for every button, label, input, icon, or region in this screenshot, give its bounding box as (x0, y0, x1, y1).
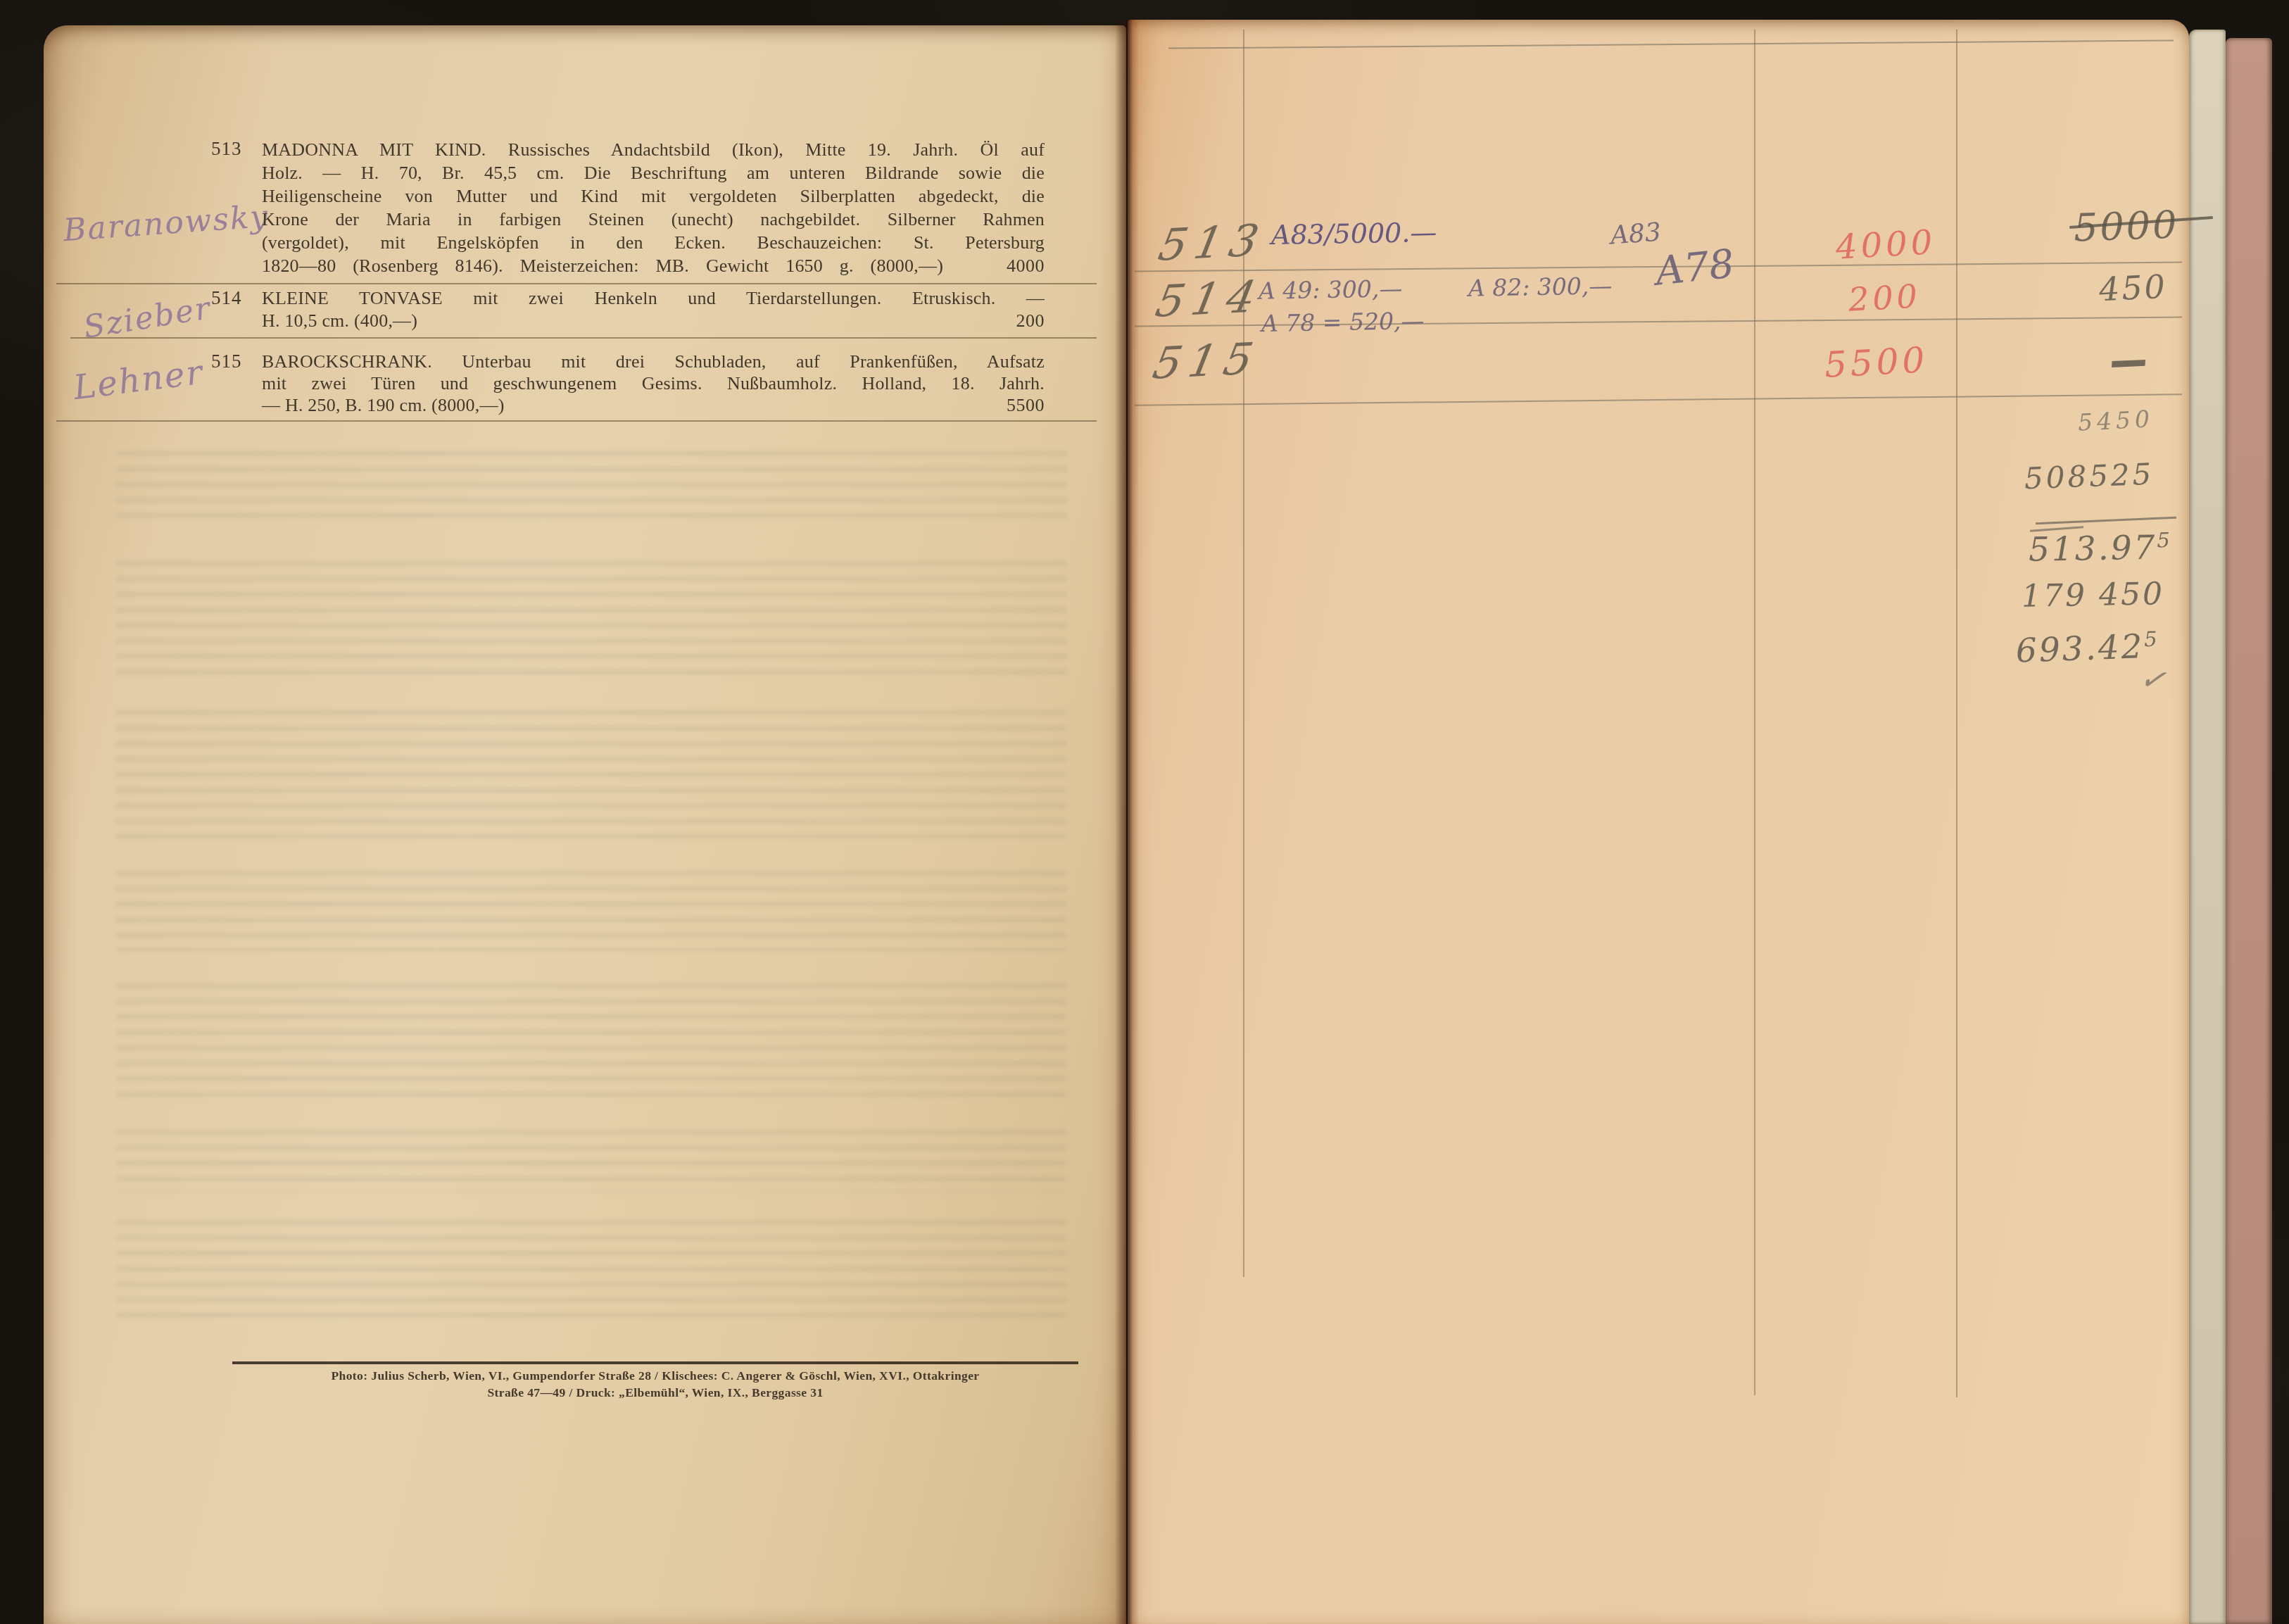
red-price-513: 4000 (1835, 222, 1937, 267)
bleedthrough-text-ghost (116, 1219, 1066, 1323)
entry-text-line: — H. 250, B. 190 cm. (8000,—) (262, 394, 1007, 416)
ledger-note-514a: A 49: 300,— (1259, 275, 1403, 305)
entry-text-line: 1820—80 (Rosenberg 8146). Meisterzeichen… (262, 254, 1007, 277)
ledger-lot-number-513: 513 (1154, 214, 1270, 271)
entry-text-line: mit zwei Türen und geschwungenem Gesims.… (262, 372, 1045, 394)
entry-text-line: MADONNA MIT KIND. Russisches Andachtsbil… (262, 138, 1045, 161)
entry-divider-rule (70, 337, 1097, 339)
ledger-code-514: A78 (1653, 241, 1736, 294)
sum-total-3-sup: 5 (2143, 627, 2159, 651)
entry-text-line: (vergoldet), mit Engelsköpfen in den Eck… (262, 231, 1045, 254)
entry-text-line: KLEINE TONVASE mit zwei Henkeln und Tier… (262, 287, 1045, 310)
catalog-entry-515: 515 BAROCKSCHRANK. Unterbau mit drei Sch… (211, 351, 1046, 416)
entry-divider-rule (56, 283, 1097, 284)
sum-subtotal: 508525 (2024, 457, 2155, 496)
bleedthrough-text-ghost (116, 451, 1066, 527)
ledger-code-513: A83 (1610, 218, 1662, 251)
lot-number: 513 (211, 138, 242, 160)
book-spread-photo: Baranowsky Szieber Lehner 513 MADONNA MI… (0, 0, 2289, 1624)
entry-text-line: Holz. — H. 70, Br. 45,5 cm. Die Beschrif… (262, 161, 1045, 184)
imprint-line-1: Photo: Julius Scherb, Wien, VI., Gumpend… (232, 1368, 1078, 1383)
bleedthrough-text-ghost (116, 983, 1066, 1100)
entry-text-line: Krone der Maria in farbigen Steinen (une… (262, 208, 1045, 231)
ledger-lot-number-514: 514 (1152, 270, 1267, 327)
hammer-price: 200 (1016, 310, 1045, 332)
lot-number: 514 (211, 287, 242, 309)
page-edge-pink (2226, 38, 2272, 1624)
hammer-price: 4000 (1007, 256, 1045, 277)
ledger-lot-number-515: 515 (1149, 332, 1264, 389)
bleedthrough-text-ghost (116, 1129, 1066, 1192)
sum-total-1-sup: 5 (2157, 528, 2172, 552)
red-price-515: 5500 (1824, 339, 1929, 386)
ledger-note-514b: A 82: 300,— (1468, 272, 1613, 302)
page-edge-cream (2189, 30, 2226, 1624)
hammer-price: 5500 (1007, 395, 1045, 416)
sum-total-1: 513.975 (2029, 528, 2173, 569)
ledger-column-rule (1956, 30, 1957, 1397)
sum-total-2: 179 450 (2022, 576, 2165, 615)
entry-divider-rule (56, 420, 1097, 422)
sum-total-1-main: 513.97 (2029, 529, 2157, 569)
sum-small: 5450 (2077, 405, 2155, 436)
book-gutter-shadow (1115, 20, 1139, 1624)
sum-total-3-main: 693.42 (2015, 627, 2145, 670)
entry-text-line: Heiligenscheine von Mutter und Kind mit … (262, 184, 1045, 208)
bleedthrough-text-ghost (116, 870, 1066, 952)
imprint-line-2: Straße 47—49 / Druck: „Elbemühl“, Wien, … (232, 1385, 1078, 1400)
lot-number: 515 (211, 351, 242, 372)
catalog-entry-514: 514 KLEINE TONVASE mit zwei Henkeln und … (211, 287, 1046, 332)
bleedthrough-text-ghost (116, 560, 1066, 677)
footer-rule (232, 1361, 1078, 1364)
bleedthrough-text-ghost (116, 710, 1066, 839)
entry-text-line: BAROCKSCHRANK. Unterbau mit drei Schubla… (262, 351, 1045, 372)
ledger-note-513: A83/5000.— (1271, 217, 1437, 251)
ledger-note-514c: A 78 = 520,— (1261, 307, 1425, 337)
catalog-entry-513: 513 MADONNA MIT KIND. Russisches Andacht… (211, 138, 1046, 277)
red-price-514: 200 (1848, 277, 1922, 318)
sum-total-3: 693.425 (2015, 627, 2160, 670)
pencil-dash-515: — (2110, 302, 2149, 413)
ledger-column-rule (1754, 30, 1755, 1395)
entry-text-line: H. 10,5 cm. (400,—) (262, 310, 1016, 332)
